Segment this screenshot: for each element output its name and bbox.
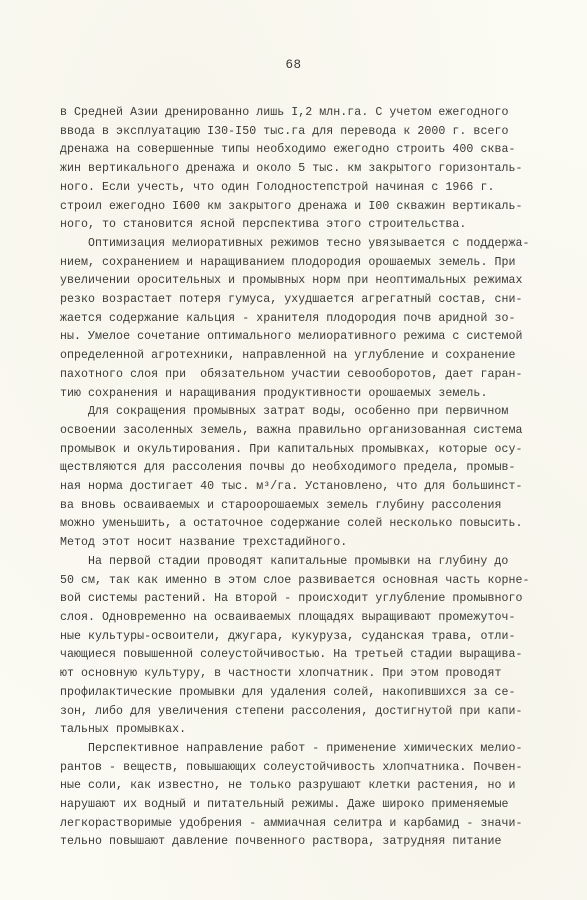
text-line: профилактические промывки для удаления с…	[60, 684, 530, 703]
text-line: Перспективное направление работ - примен…	[60, 740, 530, 759]
page-number: 68	[0, 58, 587, 72]
text-line: промывок и окультирования. При капитальн…	[60, 441, 530, 460]
text-line: дренажа на совершенные типы необходимо е…	[60, 141, 530, 160]
text-line: тию сохранения и наращивания продуктивно…	[60, 385, 530, 404]
text-line: ные культуры-освоители, джугара, кукуруз…	[60, 628, 530, 647]
body-text: в Средней Азии дренированно лишь I,2 млн…	[60, 104, 530, 852]
text-line: ного. Если учесть, что один Голодностепс…	[60, 179, 530, 198]
text-line: слоя. Одновременно на осваиваемых площад…	[60, 609, 530, 628]
text-line: нарушают их водный и питательный режимы.…	[60, 796, 530, 815]
text-line: вой системы растений. На второй - происх…	[60, 590, 530, 609]
paragraph: в Средней Азии дренированно лишь I,2 млн…	[60, 104, 530, 235]
text-line: зон, либо для увеличения степени рассоле…	[60, 703, 530, 722]
paragraph: Для сокращения промывных затрат воды, ос…	[60, 403, 530, 553]
text-line: определенной агротехники, направленной н…	[60, 347, 530, 366]
paragraph: На первой стадии проводят капитальные пр…	[60, 553, 530, 740]
text-line: увеличении оросительных и промывных норм…	[60, 272, 530, 291]
document-page: 68 в Средней Азии дренированно лишь I,2 …	[0, 0, 587, 900]
text-line: тальных промывках.	[60, 721, 530, 740]
text-line: можно уменьшить, а остаточное содержание…	[60, 515, 530, 534]
text-line: тельно повышают давление почвенного раст…	[60, 833, 530, 852]
text-line: нием, сохранением и наращиванием плодоро…	[60, 254, 530, 273]
text-line: Оптимизация мелиоративных режимов тесно …	[60, 235, 530, 254]
text-line: Метод этот носит название трехстадийного…	[60, 534, 530, 553]
text-line: пахотного слоя при обязательном участии …	[60, 366, 530, 385]
text-line: ют основную культуру, в частности хлопча…	[60, 665, 530, 684]
text-line: освоении засоленных земель, важна правил…	[60, 422, 530, 441]
paragraph: Оптимизация мелиоративных режимов тесно …	[60, 235, 530, 403]
text-line: жается содержание кальция - хранителя пл…	[60, 310, 530, 329]
text-line: рантов - веществ, повышающих солеустойчи…	[60, 759, 530, 778]
text-line: жин вертикального дренажа и около 5 тыс.…	[60, 160, 530, 179]
text-line: ны. Умелое сочетание оптимального мелиор…	[60, 328, 530, 347]
text-line: 50 см, так как именно в этом слое развив…	[60, 572, 530, 591]
text-line: строил ежегодно I600 км закрытого дренаж…	[60, 198, 530, 217]
text-line: в Средней Азии дренированно лишь I,2 млн…	[60, 104, 530, 123]
text-line: ществляются для рассоления почвы до необ…	[60, 459, 530, 478]
text-line: ввода в эксплуатацию I30-I50 тыс.га для …	[60, 123, 530, 142]
text-line: резко возрастает потеря гумуса, ухудшает…	[60, 291, 530, 310]
text-line: ная норма достигает 40 тыс. м³/га. Устан…	[60, 478, 530, 497]
text-line: легкорастворимые удобрения - аммиачная с…	[60, 815, 530, 834]
text-line: На первой стадии проводят капитальные пр…	[60, 553, 530, 572]
text-line: ные соли, как известно, не только разруш…	[60, 777, 530, 796]
text-line: чающиеся повышенной солеустойчивостью. Н…	[60, 646, 530, 665]
text-line: ва вновь осваиваемых и староорошаемых зе…	[60, 497, 530, 516]
text-line: Для сокращения промывных затрат воды, ос…	[60, 403, 530, 422]
paragraph: Перспективное направление работ - примен…	[60, 740, 530, 852]
text-line: ного, то становится ясной перспектива эт…	[60, 216, 530, 235]
